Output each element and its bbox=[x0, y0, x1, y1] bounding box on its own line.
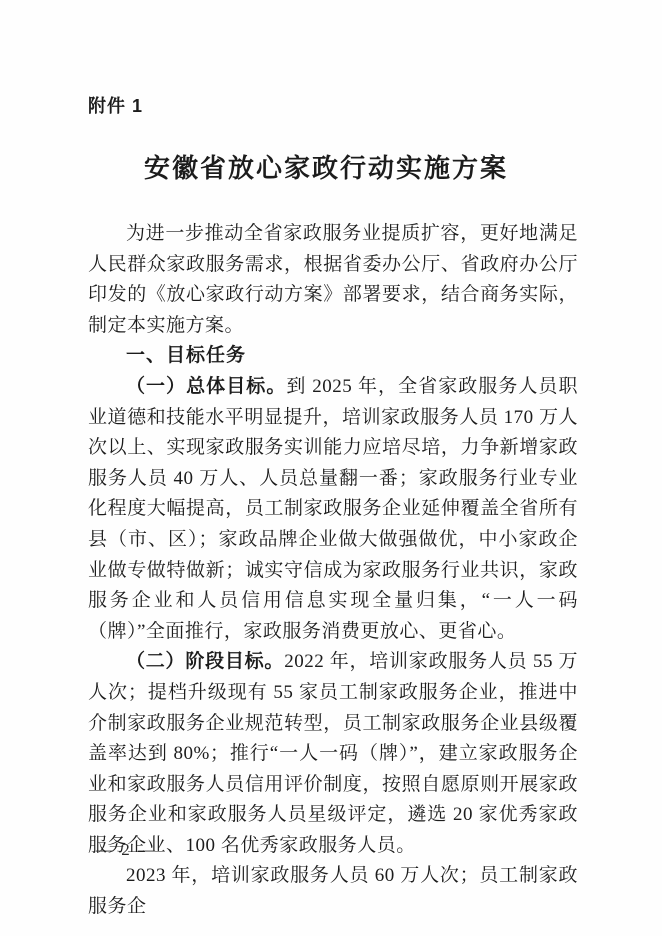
paragraph-overall-goal: （一）总体目标。到 2025 年，全省家政服务人员职业道德和技能水平明显提升，培… bbox=[88, 372, 578, 647]
attachment-label: 附件 1 bbox=[88, 92, 143, 118]
paragraph-2023: 2023 年，培训家政服务人员 60 万人次；员工制家政服务企 bbox=[88, 861, 578, 922]
document-body: 为进一步推动全省家政服务业提质扩容，更好地满足人民群众家政服务需求，根据省委办公… bbox=[88, 219, 578, 923]
paragraph-stage-goal-lead: （二）阶段目标。 bbox=[126, 651, 284, 672]
document-title: 安徽省放心家政行动实施方案 bbox=[0, 148, 652, 185]
paragraph-stage-goal-text: 2022 年，培训家政服务人员 55 万人次；提档升级现有 55 家员工制家政服… bbox=[88, 651, 578, 856]
page-number: — 2 — bbox=[96, 840, 157, 860]
intro-paragraph: 为进一步推动全省家政服务业提质扩容，更好地满足人民群众家政服务需求，根据省委办公… bbox=[88, 219, 578, 341]
document-page: 附件 1 安徽省放心家政行动实施方案 为进一步推动全省家政服务业提质扩容，更好地… bbox=[0, 0, 662, 936]
section-heading-1: 一、目标任务 bbox=[88, 341, 578, 372]
paragraph-overall-goal-text: 到 2025 年，全省家政服务人员职业道德和技能水平明显提升，培训家政服务人员 … bbox=[88, 376, 578, 642]
paragraph-overall-goal-lead: （一）总体目标。 bbox=[126, 376, 286, 397]
paragraph-stage-goal: （二）阶段目标。2022 年，培训家政服务人员 55 万人次；提档升级现有 55… bbox=[88, 647, 578, 861]
